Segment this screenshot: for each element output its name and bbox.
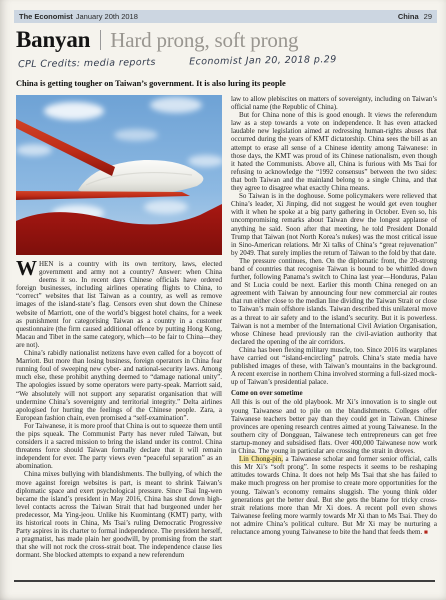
- masthead-right: China29: [393, 12, 432, 21]
- masthead-bar: The EconomistJanuary 20th 2018 China29: [14, 10, 437, 23]
- body-paragraph: So Taiwan is in the doghouse. Some polic…: [231, 192, 437, 257]
- annotation-credits: CPL Credits: media reports: [18, 57, 156, 70]
- end-of-article-mark: ■: [424, 529, 428, 536]
- body-paragraph: law to allow plebiscites on matters of s…: [231, 95, 437, 111]
- body-paragraph: But for China none of this is good enoug…: [231, 111, 437, 192]
- body-paragraph: For Taiwanese, it is more proof that Chi…: [16, 422, 222, 471]
- handwritten-annotation: CPL Credits: media reports Economist Jan…: [18, 53, 418, 70]
- masthead-left: The EconomistJanuary 20th 2018: [19, 12, 141, 21]
- paragraph-text: HEN is a country with its own territory,…: [16, 260, 222, 349]
- section-name: China: [398, 12, 419, 21]
- bottom-page-rule: [14, 580, 435, 582]
- body-paragraph: Lin Chong-pin, a Taiwanese scholar and f…: [231, 455, 437, 537]
- body-paragraph: China’s rabidly nationalist netizens hav…: [16, 349, 222, 422]
- title-divider: [100, 30, 101, 50]
- publication-name: The Economist: [19, 12, 73, 21]
- body-paragraph: The pressure continues, then. On the dip…: [231, 257, 437, 346]
- article-header: Banyan Hard prong, soft prong: [16, 26, 298, 54]
- body-paragraph: WHEN is a country with its own territory…: [16, 260, 222, 349]
- right-column: law to allow plebiscites on matters of s…: [231, 95, 437, 559]
- drop-cap: W: [16, 260, 39, 277]
- section-subhead: Come on over sometime: [231, 389, 437, 397]
- magazine-page: The EconomistJanuary 20th 2018 China29 B…: [0, 0, 446, 600]
- body-paragraph: China mixes bullying with blandishments.…: [16, 470, 222, 559]
- body-paragraph: All this is out of the old playbook. Mr …: [231, 398, 437, 455]
- article-title: Hard prong, soft prong: [110, 28, 298, 53]
- annotation-source: Economist Jan 20, 2018 p.29: [189, 54, 337, 67]
- page-number: 29: [424, 12, 432, 21]
- left-column: WHEN is a country with its own territory…: [16, 95, 222, 559]
- article-body: WHEN is a country with its own territory…: [16, 95, 437, 559]
- column-name: Banyan: [16, 27, 90, 53]
- paragraph-text: a Taiwanese scholar and former senior of…: [231, 455, 437, 536]
- highlighted-name: Lin Chong-pin,: [239, 455, 283, 463]
- prongs-illustration: [16, 95, 222, 255]
- body-paragraph: China has been flexing military muscle, …: [231, 346, 437, 386]
- issue-date: January 20th 2018: [76, 12, 138, 21]
- standfirst: China is getting tougher on Taiwan’s gov…: [16, 79, 436, 89]
